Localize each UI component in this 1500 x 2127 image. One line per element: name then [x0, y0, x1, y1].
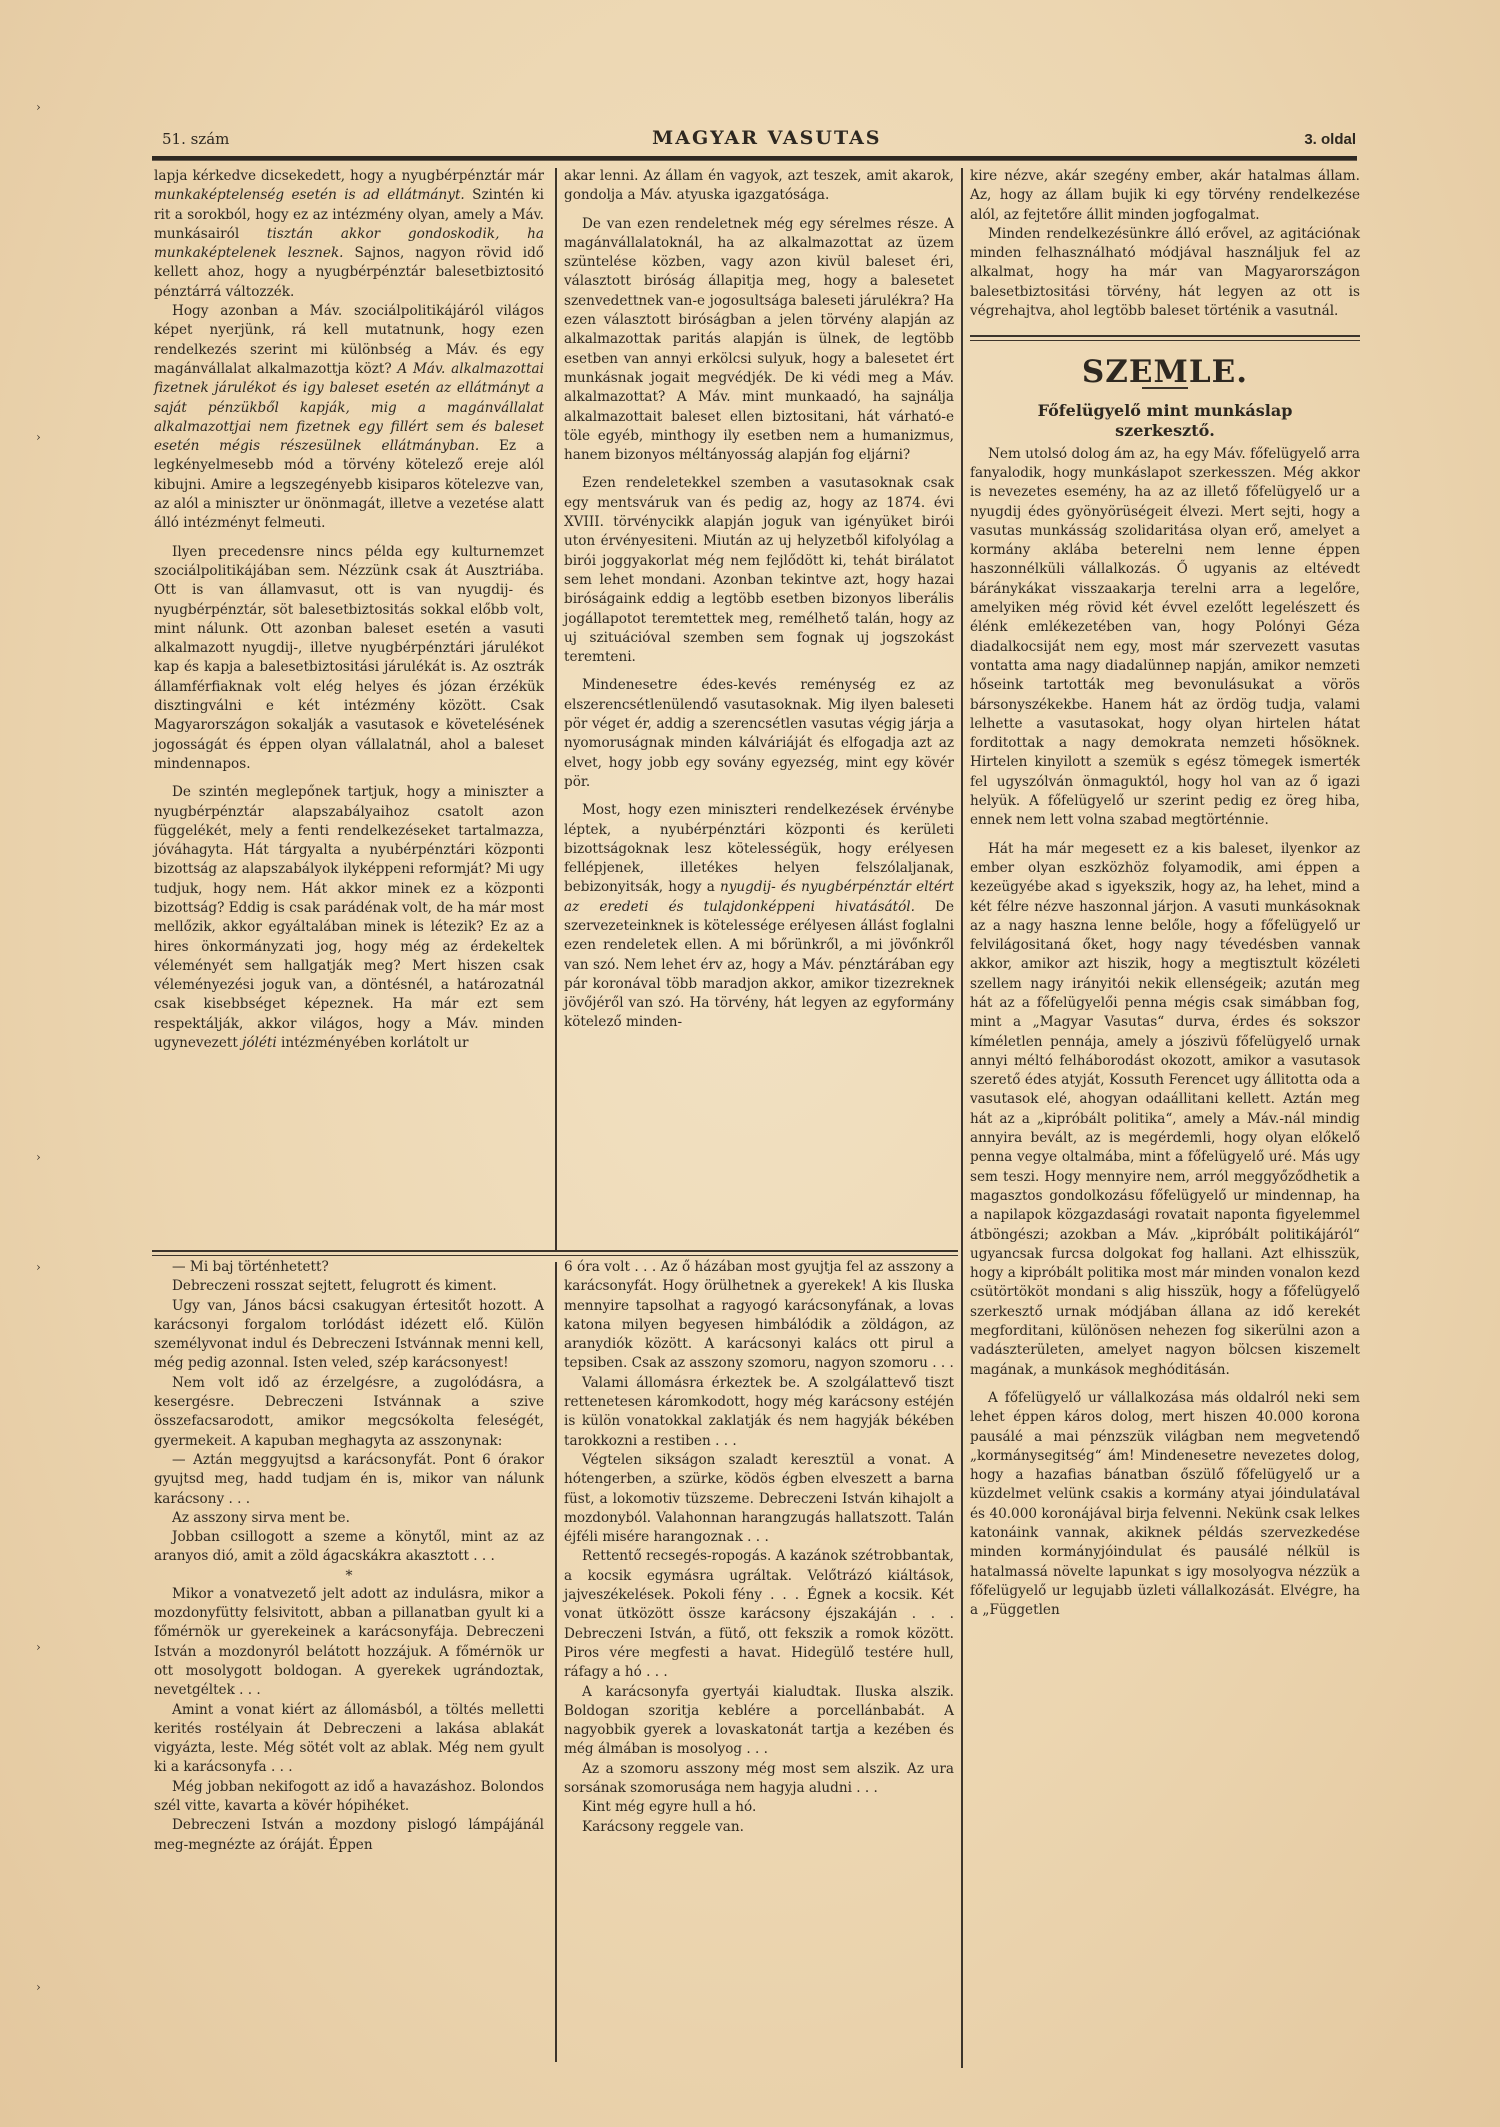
column-2-article: akar lenni. Az állam én vagyok, azt tesz…: [564, 167, 954, 1033]
paragraph: Debreczeni rosszat sejtett, felugrott és…: [154, 1277, 544, 1296]
paragraph: Az a szomoru asszony még most sem alszik…: [564, 1760, 954, 1799]
binding-mark: ›: [36, 1150, 41, 1164]
issue-number: 51. szám: [162, 130, 229, 148]
column-1-article: lapja kérkedve dicsekedett, hogy a nyugb…: [154, 167, 544, 1053]
paragraph: 6 óra volt . . . Az ő házában most gyujt…: [564, 1258, 954, 1374]
paragraph: Ilyen precedensre nincs példa egy kultur…: [154, 543, 544, 775]
section-divider: [152, 1250, 958, 1256]
paragraph: Még jobban nekifogott az idő a havazásho…: [154, 1778, 544, 1817]
paragraph: Mikor a vonatvezető jelt adott az indulá…: [154, 1585, 544, 1701]
binding-mark: ›: [36, 430, 41, 444]
paragraph: Most, hogy ezen miniszteri rendelkezések…: [564, 801, 954, 1033]
paragraph: Hogy azonban a Máv. szociálpolitikájáról…: [154, 302, 544, 534]
article-divider: [970, 335, 1360, 341]
column-divider-story: [555, 1262, 557, 2062]
section-separator-asterisk: *: [154, 1569, 544, 1583]
paragraph: kire nézve, akár szegény ember, akár hat…: [970, 167, 1360, 225]
binding-mark: ›: [36, 1640, 41, 1654]
header-rule: [152, 156, 1357, 161]
paragraph: Amint a vonat kiért az állomásból, a töl…: [154, 1701, 544, 1778]
paragraph: Rettentő recsegés-ropogás. A kazánok szé…: [564, 1547, 954, 1682]
column-3-article: kire nézve, akár szegény ember, akár hat…: [970, 167, 1360, 1620]
paragraph: A főfelügyelő ur vállalkozása más oldalr…: [970, 1389, 1360, 1621]
paragraph: lapja kérkedve dicsekedett, hogy a nyugb…: [154, 167, 544, 302]
story-column-left: — Mi baj történhetett? Debreczeni rossza…: [154, 1258, 544, 1855]
paragraph: Karácsony reggele van.: [564, 1818, 954, 1837]
paragraph: Ezen rendeletekkel szemben a vasutasokna…: [564, 474, 954, 667]
story-column-right: 6 óra volt . . . Az ő házában most gyujt…: [564, 1258, 954, 1837]
paragraph: De szintén meglepőnek tartjuk, hogy a mi…: [154, 783, 544, 1053]
paragraph: Minden rendelkezésünkre álló erővel, az …: [970, 225, 1360, 321]
article-headline: Főfelügyelő mint munkáslap szerkesztő.: [990, 401, 1340, 441]
binding-mark: ›: [36, 1260, 41, 1274]
binding-mark: ›: [36, 100, 41, 114]
paragraph: Ugy van, János bácsi csakugyan értesitőt…: [154, 1297, 544, 1374]
paragraph: Jobban csillogott a szeme a könytől, min…: [154, 1528, 544, 1567]
paragraph: Mindenesetre édes-kevés reménység ez az …: [564, 676, 954, 792]
column-divider-1: [555, 168, 557, 1250]
paragraph: De van ezen rendeletnek még egy sérelmes…: [564, 215, 954, 466]
section-heading: SZEMLE.: [970, 363, 1360, 382]
newspaper-title: MAGYAR VASUTAS: [652, 127, 881, 149]
paragraph: akar lenni. Az állam én vagyok, azt tesz…: [564, 167, 954, 206]
paragraph: A karácsonyfa gyertyái kialudtak. Iluska…: [564, 1683, 954, 1760]
paragraph: Az asszony sirva ment be.: [154, 1509, 544, 1528]
paragraph: Debreczeni István a mozdony pislogó lámp…: [154, 1816, 544, 1855]
paragraph: — Aztán meggyujtsd a karácsonyfát. Pont …: [154, 1451, 544, 1509]
paragraph: Nem utolsó dolog ám az, ha egy Máv. főfe…: [970, 445, 1360, 831]
page-number: 3. oldal: [1304, 131, 1356, 148]
column-divider-2: [961, 168, 963, 2068]
paragraph: Végtelen sikságon szaladt keresztül a vo…: [564, 1451, 954, 1547]
paragraph: Valami állomásra érkeztek be. A szolgála…: [564, 1374, 954, 1451]
binding-mark: ›: [36, 1980, 41, 1994]
paragraph: — Mi baj történhetett?: [154, 1258, 544, 1277]
paragraph: Hát ha már megesett ez a kis baleset, il…: [970, 840, 1360, 1380]
paragraph: Kint még egyre hull a hó.: [564, 1798, 954, 1817]
page-header: 51. szám MAGYAR VASUTAS 3. oldal: [152, 127, 1362, 153]
paragraph: Nem volt idő az érzelgésre, a zugolódásr…: [154, 1374, 544, 1451]
